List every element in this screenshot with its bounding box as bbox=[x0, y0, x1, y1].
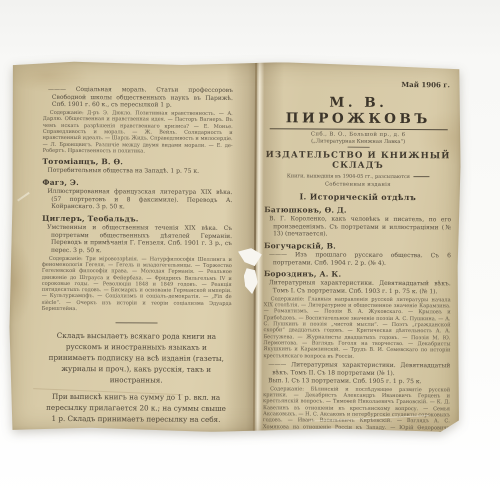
author-heading-borozdin: Бороздинъ, А. К. bbox=[264, 270, 451, 280]
publisher-name: М. В. ПИРОЖКОВЪ bbox=[269, 94, 447, 130]
left-page: ——— Соціальная мораль. Статьи профессоро… bbox=[9, 61, 253, 432]
publisher-address: Спб., В. О., Большой пр., д. 6 bbox=[265, 131, 452, 138]
author-heading-batyushkov: Батюшковъ, Ѳ. Д. bbox=[264, 205, 451, 215]
catalogue-booklet: ——— Соціальная мораль. Статьи профессоро… bbox=[9, 61, 461, 434]
catalog-entry-totomianc: Потребительныя общества на Западѣ. 1 р. … bbox=[42, 167, 232, 176]
divider-rule bbox=[116, 323, 158, 324]
contents-ziegler: Содержаніе: Три міровоззрѣнія. — Натурфи… bbox=[42, 255, 232, 313]
catalog-entry-social-moral: ——— Соціальная мораль. Статьи профессоро… bbox=[43, 86, 233, 110]
photo-background: ——— Соціальная мораль. Статьи профессоро… bbox=[0, 0, 500, 500]
catalog-entry-borozdin-tom1: Литературныя характеристики. Девятнадцат… bbox=[264, 280, 451, 296]
catalog-entry-borozdin-tom2-vyp1: Вып. I. Съ 13 портретами. Спб. 1905 г. 1… bbox=[263, 377, 450, 386]
shop-name: („Литературная Книжная Лавка“) bbox=[265, 138, 452, 145]
contents-social-moral: Содержаніе: Д-ръ Э. Дюкло. Позитивная нр… bbox=[43, 110, 233, 155]
contents-borozdin-tom1: Содержаніе: Главныя направленія русской … bbox=[263, 296, 450, 360]
author-heading-totomianc: Тотоміанцъ, В. Ѳ. bbox=[42, 157, 232, 167]
header-divider bbox=[347, 147, 369, 148]
catalog-entry-faguet: Иллюстрированная французская литература … bbox=[42, 188, 232, 212]
catalog-entry-borozdin-tom2: ——— Литературныя характеристики. Девятна… bbox=[263, 361, 450, 377]
dash-rule bbox=[413, 176, 429, 177]
own-editions-label: Собственныя изданія bbox=[264, 181, 451, 188]
author-heading-faguet: Фагэ, Э. bbox=[42, 178, 232, 188]
catalog-entry-bogucharsky: ——— Изъ прошлаго русскаго общества. Съ 6… bbox=[264, 251, 451, 267]
right-page: Май 1906 г. М. В. ПИРОЖКОВЪ Спб., В. О.,… bbox=[251, 62, 461, 433]
issue-note: Книги, вышедшія въ 1904-05 гг., разсылаю… bbox=[264, 173, 451, 180]
catalog-entry-batyushkov: В. Г. Короленко, какъ человѣкъ и писател… bbox=[264, 215, 451, 239]
contents-borozdin-tom2-vyp1: Содержаніе: Бѣлинскій и послѣдующее разв… bbox=[263, 386, 450, 433]
section-title-historical: I. Историческій отдѣлъ bbox=[264, 191, 451, 202]
publishing-house-subtitle: ИЗДАТЕЛЬСТВО И КНИЖНЫЙ СКЛАДЪ bbox=[264, 150, 451, 171]
catalog-entry-ziegler: Умственныя и общественныя теченія XIX вѣ… bbox=[42, 224, 232, 256]
author-heading-ziegler: Циглеръ, Теобальдъ. bbox=[42, 214, 232, 224]
issue-date: Май 1906 г. bbox=[265, 79, 450, 89]
postage-note: При выпискѣ книгъ на сумму до 1 р. вкл. … bbox=[43, 392, 229, 426]
author-heading-bogucharsky: Богучарскій, В. bbox=[264, 241, 451, 251]
shipping-note: Складъ высылаетъ всякаго рода книги на р… bbox=[43, 331, 229, 386]
